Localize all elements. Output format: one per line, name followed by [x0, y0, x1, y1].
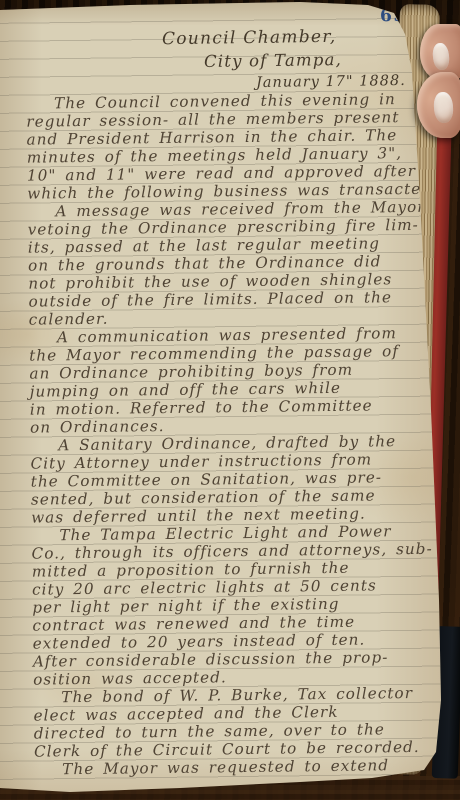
heading-city: City of Tampa, [204, 50, 342, 71]
ledger-page: 65 Council Chamber, City of Tampa, Janua… [0, 0, 446, 796]
heading-date: January 17" 1888. [256, 73, 406, 91]
photo-scene: 65 Council Chamber, City of Tampa, Janua… [0, 0, 460, 800]
heading-place: Council Chamber, [162, 27, 337, 49]
manuscript-text: The Council convened this evening inregu… [0, 90, 454, 779]
